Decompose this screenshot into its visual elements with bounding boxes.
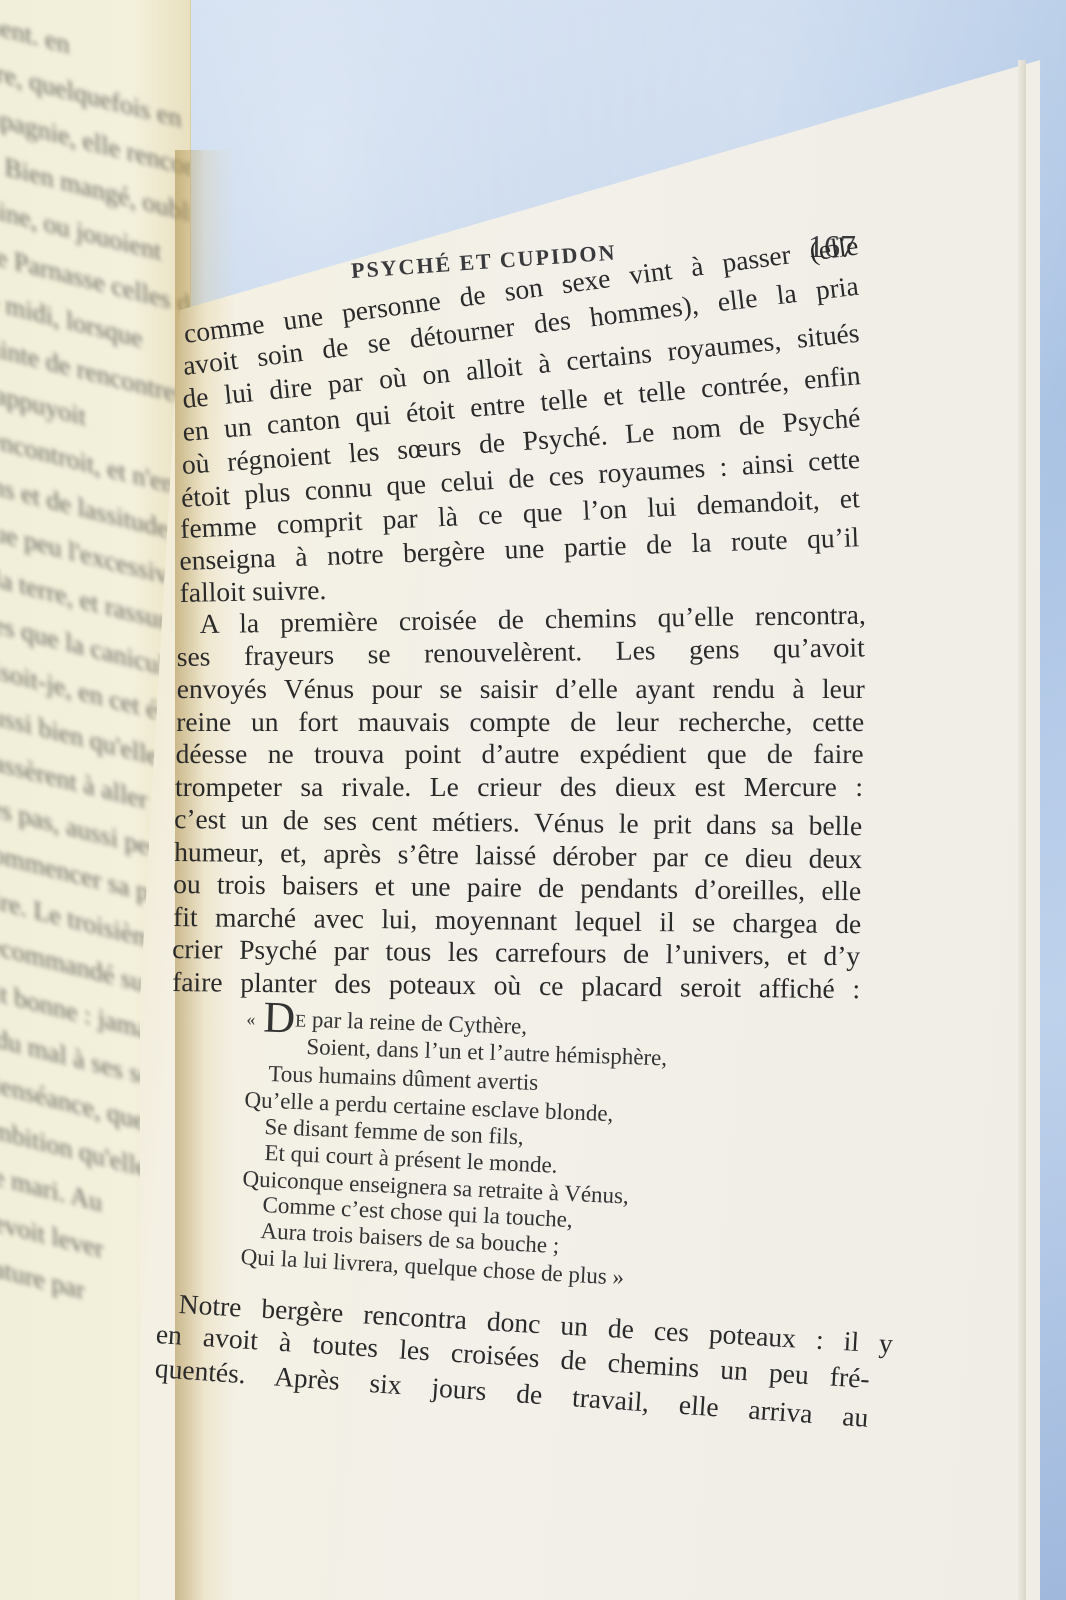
paragraph-line: reine un fort mauvais compte de leur rec…	[176, 706, 864, 738]
paragraph-line: envoyés Vénus pour se saisir d’elle ayan…	[177, 673, 865, 705]
paragraph-line: falloit suivre.	[179, 574, 326, 609]
page-content: PSYCHÉ ET CUPIDON 167 comme une personne…	[0, 0, 1066, 1600]
drop-cap: D	[263, 993, 296, 1043]
open-quote-mark: «	[246, 1009, 256, 1029]
verse-line-text: par la reine de Cythère,	[306, 1007, 528, 1039]
verse-line-first: «DE par la reine de Cythère,	[246, 1002, 528, 1041]
small-cap: E	[295, 1011, 307, 1031]
paragraph-line: trompeter sa rivale. Le crieur des dieux…	[175, 771, 863, 803]
paragraph-line: déesse ne trouva point d’autre expédient…	[176, 738, 864, 770]
